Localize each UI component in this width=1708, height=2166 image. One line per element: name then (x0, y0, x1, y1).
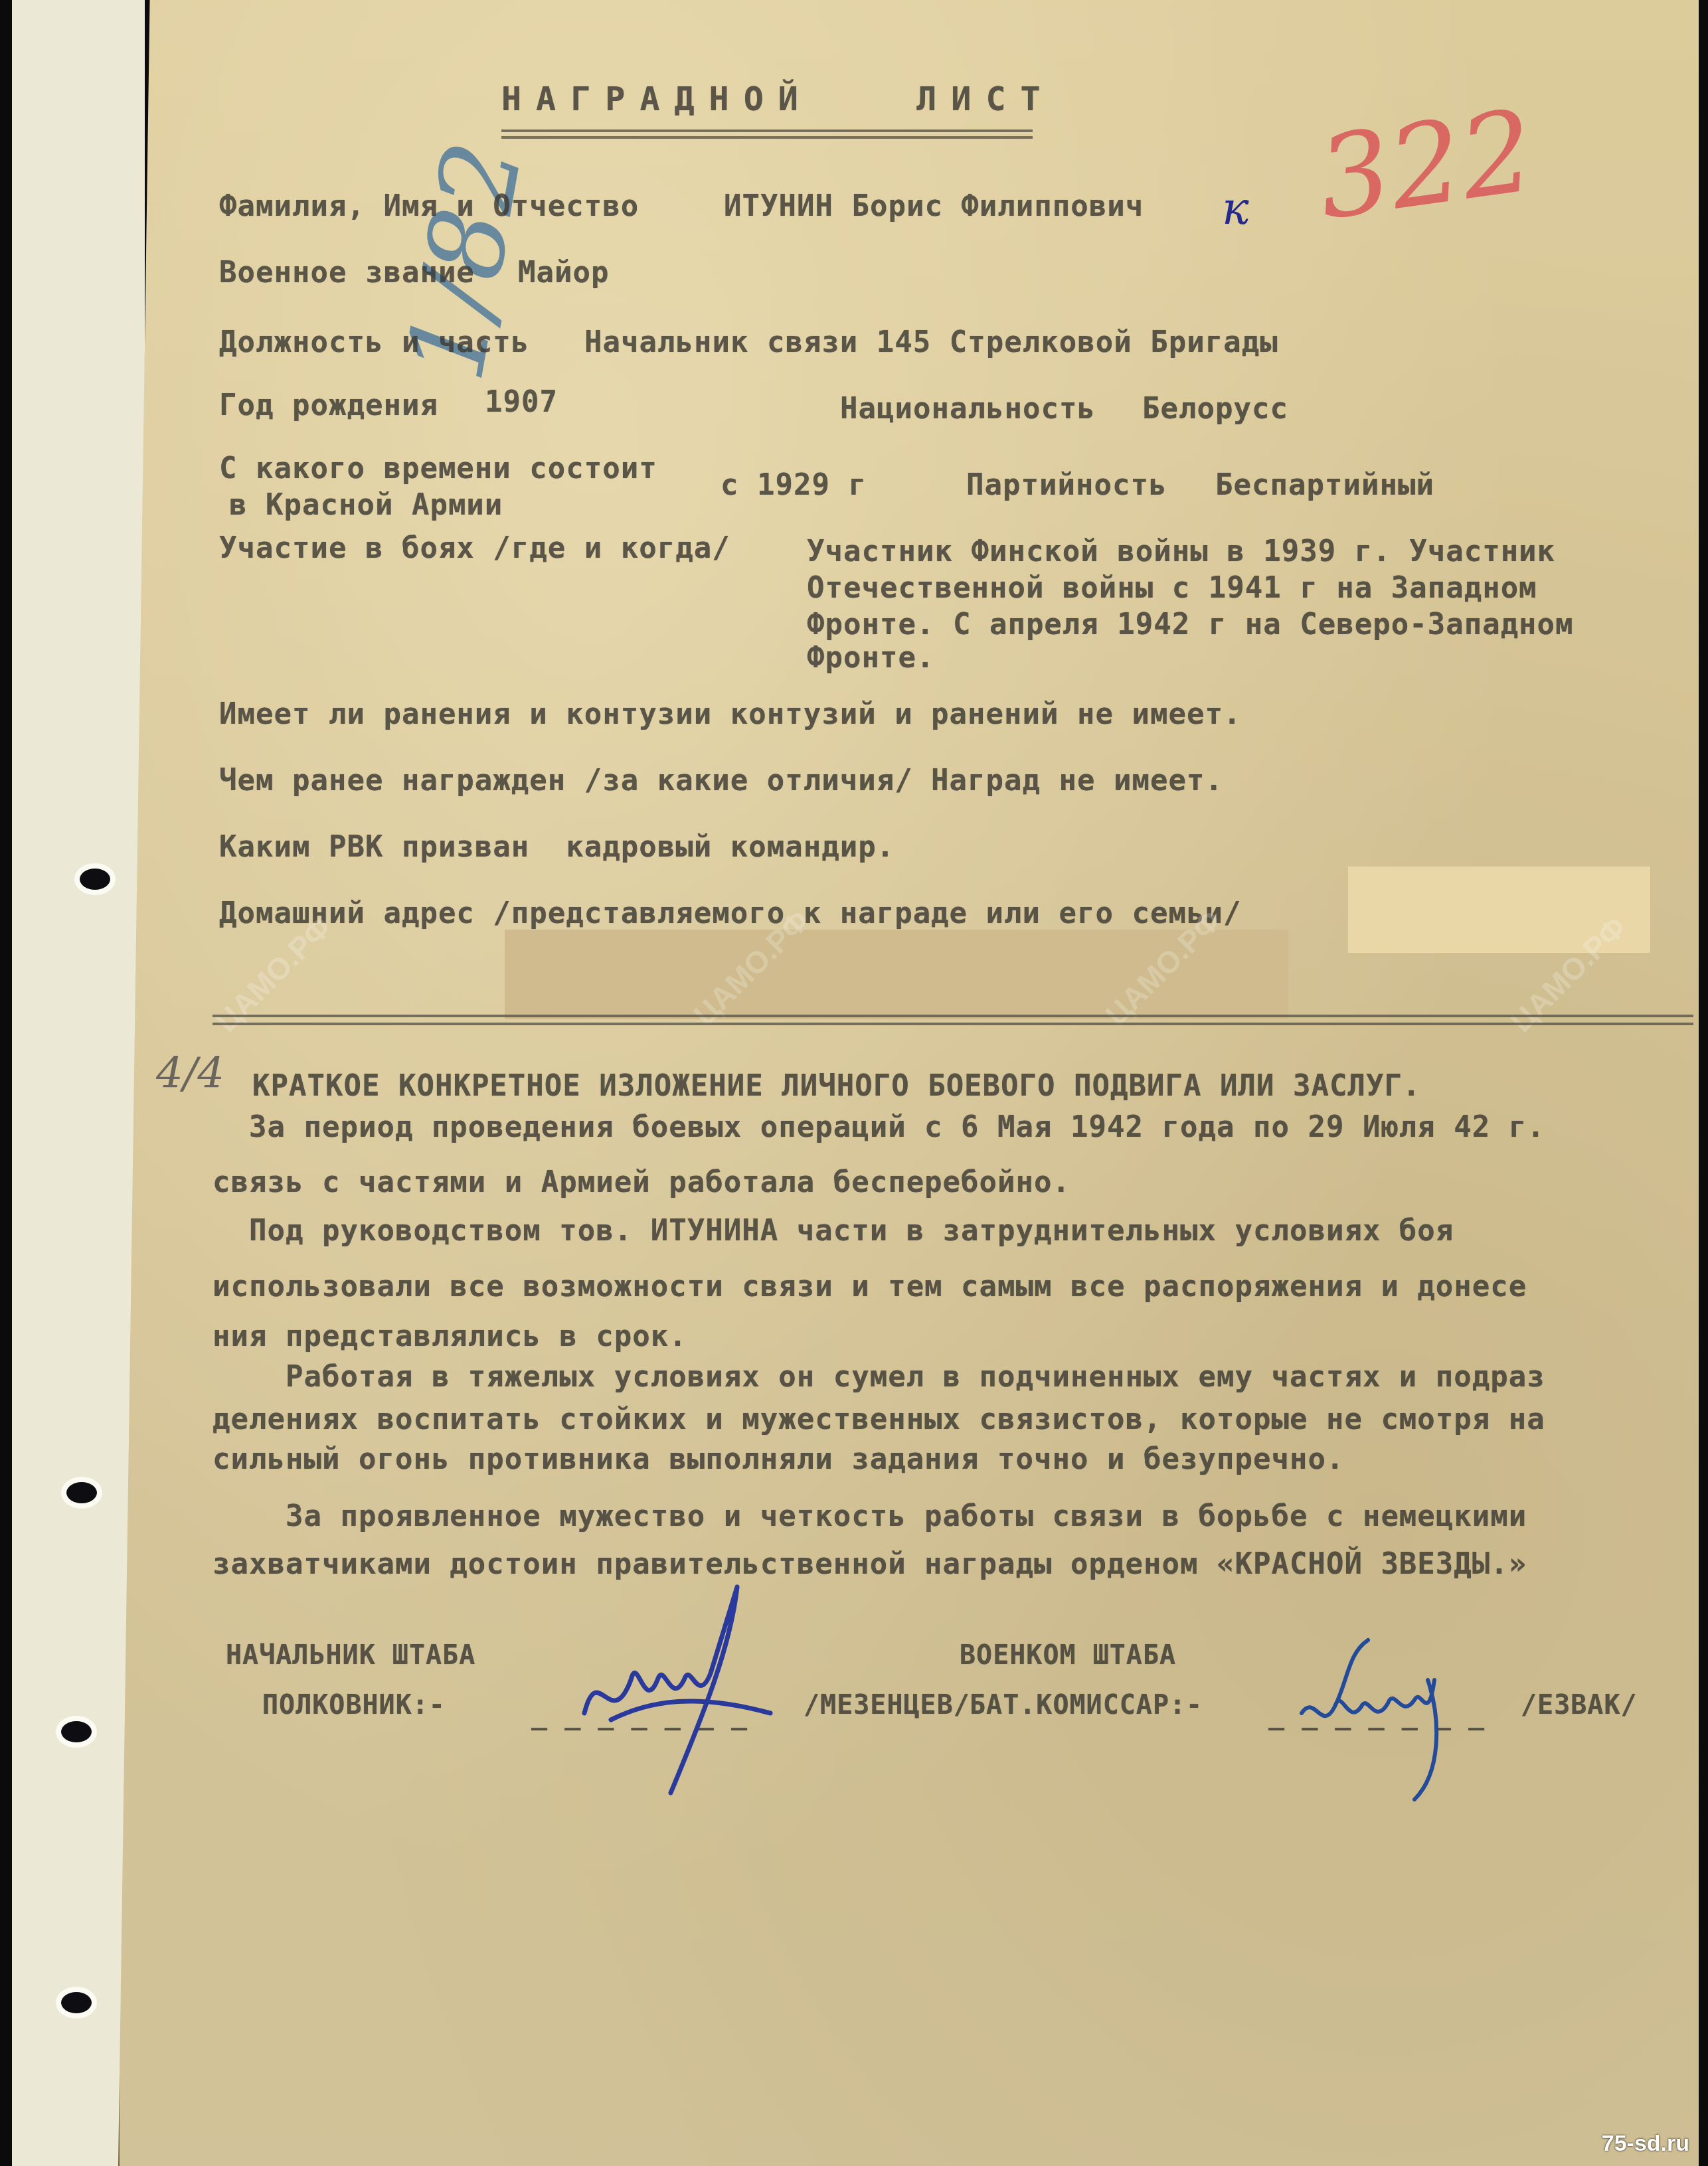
site-watermark: 75-sd.ru (1602, 2131, 1689, 2157)
title-underline (501, 129, 1033, 132)
position-label: Должность и часть (219, 325, 529, 359)
rank-label: Военное звание (219, 256, 475, 290)
section-divider (213, 1015, 1693, 1017)
signer-right-title: ВОЕНКОМ ШТАБА (960, 1640, 1176, 1671)
summary-line: Под руководством тов. ИТУНИНА части в за… (213, 1214, 1454, 1248)
summary-line: связь с частями и Армией работала беспер… (213, 1165, 1070, 1199)
signer-right-rank: БАТ.КОМИССАР:- (970, 1690, 1203, 1720)
document-title: НАГРАДНОЙ ЛИСТ (501, 80, 1055, 118)
summary-line: За проявленное мужество и четкость работ… (213, 1499, 1527, 1533)
birth-year-value: 1907 (485, 385, 558, 419)
margin-pencil-note: 4/4 (156, 1049, 224, 1098)
service-since-label-2: в Красной Армии (229, 488, 503, 522)
wounds-line: Имеет ли ранения и контузии контузий и р… (219, 697, 1241, 731)
signer-right-name: /ЕЗВАК/ (1521, 1690, 1638, 1720)
rank-value: Майор (518, 256, 609, 290)
position-value: Начальник связи 145 Стрелковой Бригады (584, 325, 1278, 359)
signature-military-commissar (1295, 1640, 1494, 1806)
summary-line: Работая в тяжелых условиях он сумел в по… (213, 1360, 1545, 1394)
address-label: Домашний адрес /представляемого к наград… (219, 896, 1241, 930)
section-divider (213, 1023, 1693, 1025)
punch-hole (80, 869, 110, 890)
service-since-value: с 1929 г (721, 468, 867, 502)
signer-left-rank: ПОЛКОВНИК:- (262, 1690, 446, 1720)
nationality-value: Белорусс (1142, 392, 1288, 426)
summary-line: ния представлялись в срок. (213, 1319, 687, 1353)
summary-line: делениях воспитать стойких и мужественны… (213, 1402, 1545, 1436)
party-value: Беспартийный (1215, 468, 1434, 502)
summary-line: сильный огонь противника выполняли задан… (213, 1442, 1344, 1476)
summary-line: захватчиками достоин правительственной н… (213, 1547, 1527, 1581)
summary-line: За период проведения боевых операций с 6… (213, 1110, 1545, 1144)
battles-label: Участие в боях /где и когда/ (219, 531, 730, 565)
service-since-label: С какого времени состоит (219, 452, 657, 485)
name-label: Фамилия, Имя и Отчество (219, 189, 639, 223)
summary-line: использовали все возможности связи и тем… (213, 1270, 1527, 1303)
battles-value-1: Участник Финской войны в 1939 г. Участни… (807, 535, 1555, 568)
signer-left-title: НАЧАЛЬНИК ШТАБА (226, 1640, 475, 1671)
nationality-label: Национальность (840, 392, 1096, 426)
battles-value-4: Фронте. (807, 641, 934, 675)
battles-value-3: Фронте. С апреля 1942 г на Северо-Западн… (807, 608, 1574, 641)
ink-mark: к (1222, 183, 1249, 235)
summary-heading: КРАТКОЕ КОНКРЕТНОЕ ИЗЛОЖЕНИЕ ЛИЧНОГО БОЕ… (252, 1069, 1420, 1103)
title-underline (501, 136, 1033, 139)
battles-value-2: Отечественной войны с 1941 г на Западном (807, 571, 1537, 605)
drafted-line: Каким РВК призван кадровый командир. (219, 830, 895, 864)
name-value: ИТУНИН Борис Филиппович (724, 189, 1144, 223)
punch-hole (61, 1992, 92, 2013)
awards-line: Чем ранее награжден /за какие отличия/ Н… (219, 764, 1223, 797)
signature-chief-of-staff (571, 1580, 837, 1799)
punch-hole (66, 1482, 97, 1503)
punch-hole (61, 1721, 92, 1742)
party-label: Партийность (966, 468, 1167, 502)
birth-year-label: Год рождения (219, 388, 438, 422)
